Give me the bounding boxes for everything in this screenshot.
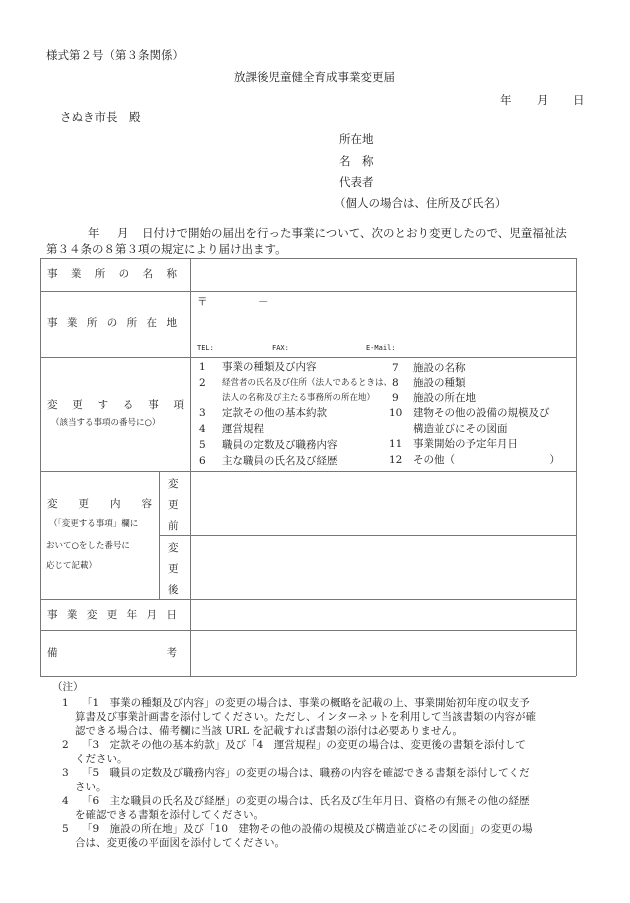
- facility-name-label: 事業所の名称: [47, 268, 177, 281]
- change-item-number[interactable]: 2: [199, 377, 206, 390]
- change-item-number[interactable]: 6: [199, 455, 206, 468]
- change-item-label: 事業の種類及び内容: [222, 361, 317, 374]
- change-item-number[interactable]: 10: [389, 407, 402, 420]
- facility-address-label: 事業所の所在地: [47, 317, 177, 330]
- note-number: 1: [62, 697, 69, 710]
- note-line: ください。: [75, 753, 128, 766]
- change-item-label-cont: 構造並びにその図面: [413, 423, 508, 436]
- change-item-label: その他（ ）: [413, 454, 560, 467]
- change-items-label: 変更する事項: [47, 399, 184, 412]
- note-number: 3: [62, 767, 69, 780]
- change-item-number[interactable]: 4: [199, 423, 206, 436]
- change-item-label: 施設の種類: [413, 377, 466, 390]
- note-number: 2: [62, 739, 69, 752]
- change-date-field[interactable]: [191, 600, 576, 630]
- note-line: 「5 職員の定数及び職務内容」の変更の場合は、職務の内容を確認できる書類を添付し…: [82, 767, 530, 780]
- after-label: 変更後: [168, 538, 182, 601]
- change-item-label: 定款その他の基本約款: [222, 407, 327, 420]
- applicant-individual-note: （個人の場合は、住所及び氏名）: [334, 196, 507, 210]
- applicant-representative-label: 代表者: [339, 175, 374, 189]
- intro-year: 年: [88, 226, 100, 240]
- change-item-number[interactable]: 5: [199, 439, 206, 452]
- date-day-label: 日: [573, 93, 585, 107]
- intro-line1: 日付けで開始の届出を行った事業について、次のとおり変更したので、児童福祉法: [142, 226, 567, 240]
- change-after-field[interactable]: [191, 536, 576, 598]
- change-item-label: 職員の定数及び職務内容: [222, 439, 338, 452]
- note-line: 「3 定款その他の基本約款」及び「4 運営規程」の変更の場合は、変更後の書類を添…: [82, 739, 526, 752]
- facility-address-field[interactable]: [191, 292, 576, 340]
- note-line: 合は、変更後の平面図を添付してください。: [75, 837, 285, 850]
- note-line: 「1 事業の種類及び内容」の変更の場合は、事業の概略を記載の上、事業開始初年度の…: [82, 697, 530, 710]
- remarks-label: 備考: [47, 647, 177, 660]
- change-content-note-3: 応じて記載）: [46, 561, 97, 572]
- note-line: 「6 主な職員の氏名及び経歴」の変更の場合は、氏名及び生年月日、資格の有無その他…: [82, 795, 530, 808]
- tel-label: TEL:: [197, 344, 214, 352]
- notes-heading: （注）: [52, 681, 84, 694]
- change-item-number[interactable]: 3: [199, 407, 206, 420]
- change-item-label: 運営規程: [222, 423, 264, 436]
- change-item-label: 事業開始の予定年月日: [413, 438, 518, 451]
- note-line: 算書及び事業計画書を添付してください。ただし、インターネットを利用して当該書類の…: [75, 711, 536, 724]
- date-month-label: 月: [537, 93, 549, 107]
- change-date-label: 事業変更年月日: [47, 609, 177, 622]
- email-label: E-Mail:: [366, 344, 396, 352]
- facility-name-field[interactable]: [191, 259, 576, 291]
- change-content-note-1: （「変更する事項」欄に: [49, 519, 138, 530]
- change-item-number[interactable]: 12: [389, 454, 402, 467]
- change-item-label: 建物その他の設備の規模及び: [413, 407, 550, 420]
- note-line: 「9 施設の所在地」及び「10 建物その他の設備の規模及び構造並びにその図面」の…: [82, 823, 533, 836]
- remarks-field[interactable]: [191, 631, 576, 676]
- fax-label: FAX:: [272, 344, 289, 352]
- change-item-label: 主な職員の氏名及び経歴: [222, 455, 338, 468]
- note-line: を確認できる書類を添付してください。: [75, 809, 264, 822]
- intro-month: 月: [117, 226, 129, 240]
- before-label: 変更前: [168, 474, 182, 537]
- change-item-number[interactable]: 1: [199, 361, 206, 374]
- change-content-note-2: おいて○をした番号に: [46, 541, 130, 552]
- applicant-name-label: 名 称: [339, 154, 374, 168]
- form-number: 様式第２号（第３条関係）: [46, 48, 184, 62]
- addressee: さぬき市長 殿: [60, 110, 141, 124]
- change-item-label: 経営者の氏名及び住所（法人であるときは、: [222, 378, 392, 389]
- change-item-label-cont: 法人の名称及び主たる事務所の所在地）: [222, 393, 375, 404]
- change-item-label: 施設の所在地: [413, 392, 476, 405]
- note-number: 5: [62, 823, 69, 836]
- intro-line2: 第３４条の８第３項の規定により届け出ます。: [46, 242, 287, 256]
- applicant-location-label: 所在地: [339, 132, 374, 146]
- change-content-label: 変更内容: [47, 498, 152, 511]
- change-item-number[interactable]: 9: [392, 392, 399, 405]
- change-items-note: （該当する事項の番号に○）: [51, 418, 160, 429]
- note-line: 認できる場合は、備考欄に当該 URL を記載すれば書類の添付は必要ありません。: [75, 725, 463, 738]
- change-before-field[interactable]: [191, 472, 576, 534]
- change-item-number[interactable]: 7: [392, 362, 399, 375]
- date-year-label: 年: [500, 93, 512, 107]
- note-number: 4: [62, 795, 69, 808]
- document-title: 放課後児童健全育成事業変更届: [234, 70, 395, 84]
- note-line: さい。: [75, 781, 107, 794]
- change-item-number[interactable]: 8: [392, 377, 399, 390]
- change-item-number[interactable]: 11: [389, 438, 402, 451]
- change-item-label: 施設の名称: [413, 362, 466, 375]
